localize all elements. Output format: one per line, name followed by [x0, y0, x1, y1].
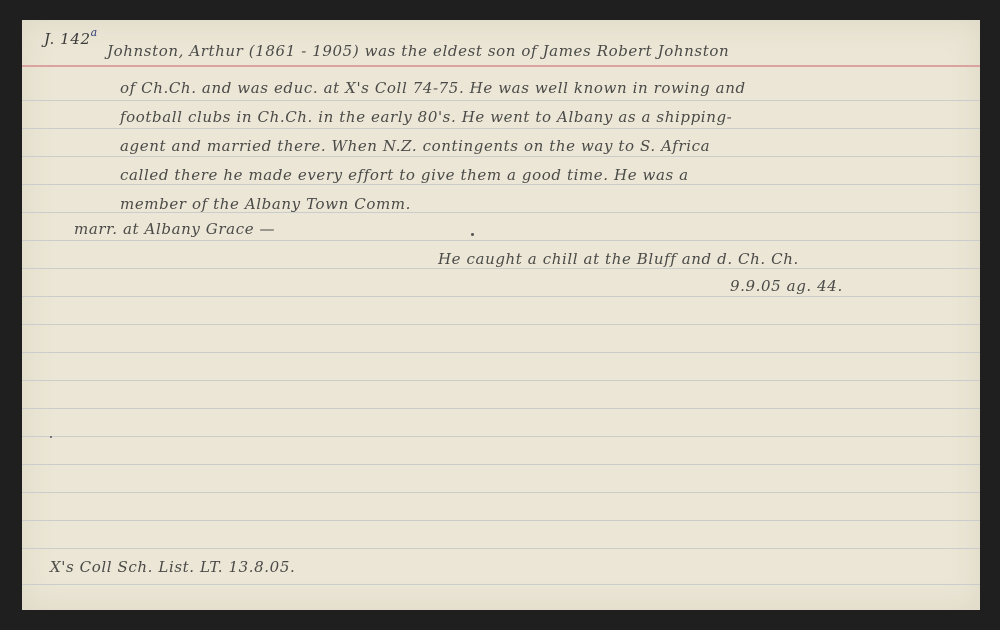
rule-line: [22, 464, 980, 465]
rule-line: [22, 268, 980, 269]
rule-line: [22, 548, 980, 549]
bio-line-1: Johnston, Arthur (1861 - 1905) was the e…: [107, 42, 729, 60]
rule-line: [22, 100, 980, 101]
rule-line: [22, 436, 980, 437]
rule-line: [22, 492, 980, 493]
bio-line-5: called there he made every effort to giv…: [120, 166, 689, 184]
rule-line: [22, 520, 980, 521]
reference-number-text: J. 142: [44, 30, 91, 48]
rule-line: [22, 128, 980, 129]
ink-dot: [50, 436, 52, 438]
bio-line-4: agent and married there. When N.Z. conti…: [120, 137, 710, 155]
rule-line: [22, 324, 980, 325]
death-date: 9.9.05 ag. 44.: [730, 277, 843, 295]
rule-line: [22, 352, 980, 353]
index-card: J. 142a Johnston, Arthur (1861 - 1905) w…: [22, 20, 980, 610]
rule-line: [22, 584, 980, 585]
bio-line-2: of Ch.Ch. and was educ. at X's Coll 74-7…: [120, 79, 746, 97]
bio-line-3: football clubs in Ch.Ch. in the early 80…: [120, 108, 732, 126]
source-note: X's Coll Sch. List. LT. 13.8.05.: [50, 558, 295, 576]
rule-line: [22, 296, 980, 297]
ink-dot: [471, 233, 474, 236]
rule-line: [22, 184, 980, 185]
rule-line: [22, 408, 980, 409]
death-note: He caught a chill at the Bluff and d. Ch…: [438, 250, 799, 268]
rule-line: [22, 156, 980, 157]
reference-number: J. 142a: [44, 30, 98, 50]
red-header-rule: [22, 65, 980, 67]
bio-line-6: member of the Albany Town Comm.: [120, 195, 411, 213]
rule-line: [22, 240, 980, 241]
reference-superscript: a: [91, 26, 98, 39]
marriage-note: marr. at Albany Grace —: [74, 220, 275, 238]
rule-line: [22, 380, 980, 381]
